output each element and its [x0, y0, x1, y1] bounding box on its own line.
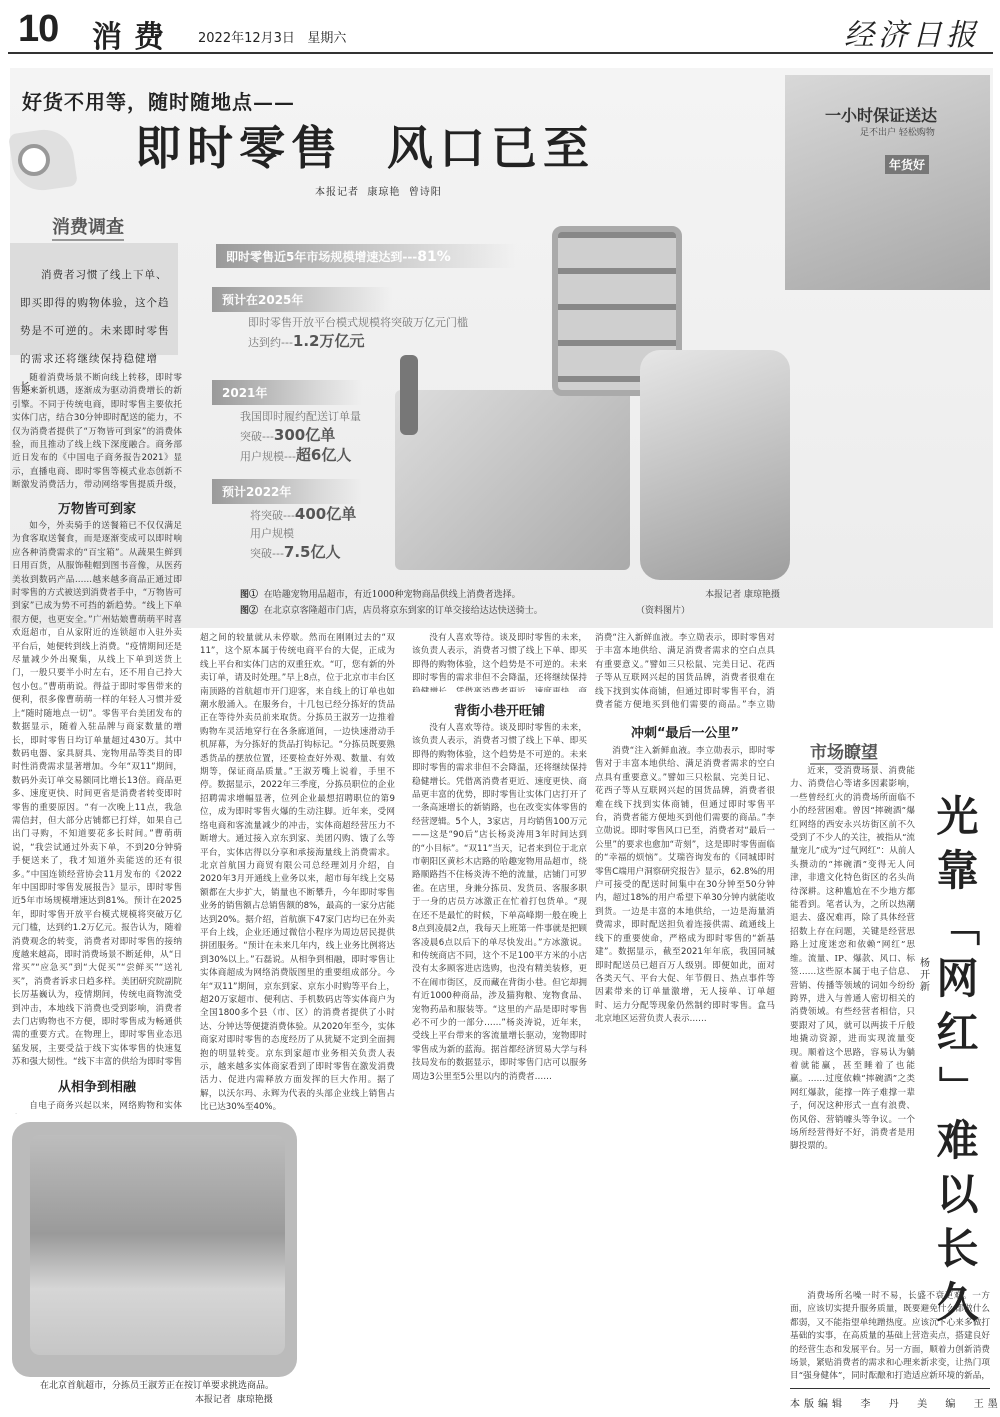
editors-credit: 本版编辑 李 丹 美 编 王墨晗 — [790, 1388, 990, 1410]
subhead-3: 背街小巷开旺铺 — [412, 700, 587, 719]
kicker: 好货不用等，随时随地点—— — [22, 86, 295, 115]
photo-2-credit: 本报记者 康琼艳摄 — [195, 1392, 273, 1405]
page-number: 10 — [18, 8, 58, 51]
laptop-illustration — [395, 390, 630, 570]
newspaper-logo: 经济日报 — [844, 10, 980, 54]
stat-2022-header: 预计2022年 — [212, 479, 362, 504]
byline: 本报记者 康琼艳 曾诗阳 — [315, 183, 442, 198]
article-col-4: 消费“注入新鲜血液。李立勋表示，即时零售对于丰富本地供给、满足消费者需求的空白点… — [595, 745, 775, 1410]
supermarket-photo — [30, 1135, 285, 1355]
article-col-4-intro: 消费“注入新鲜血液。李立勋表示，即时零售对于丰富本地供给、满足消费者需求的空白点… — [595, 632, 775, 712]
section-title: 消费 — [92, 12, 176, 56]
sidebar-body: 近来，受消费场景、消费能力、消费信心等诸多因素影响，一些曾经红火的消费场所面临不… — [790, 765, 915, 1285]
subhead-1: 万物皆可到家 — [12, 498, 182, 517]
subhead-4: 冲刺“最后一公里” — [595, 722, 775, 741]
caption-1: 图① 在哈趣宠物用品超市，有近1000种宠物商品供线上消费者选择。 本报记者 康… — [240, 587, 780, 600]
delivery-photo: 一小时保证送达 足不出户 轻松购物 年货好 — [785, 75, 990, 290]
sidebar-title: 光 靠 「 网 红 」 难 以 长 久 — [930, 790, 985, 1330]
subhead-2: 从相争到相融 — [12, 1076, 182, 1095]
article-col-1-tail: 自电子商务兴起以来，网络购物和实体商 — [12, 1100, 182, 1114]
article-intro: 随着消费场景不断向线上转移，即时零售迎来新机遇，逐渐成为驱动消费增长的新引擎。不… — [12, 372, 182, 492]
sidebar-tag: 市场瞭望 — [810, 738, 878, 765]
issue-date: 2022年12月3日 星期六 — [198, 27, 346, 46]
survey-summary: 消费者习惯了线上下单、即买即得的购物体验，这个趋势是不可逆的。未来即时零售的需求… — [10, 243, 178, 355]
stat-2021-body: 我国即时履约配送订单量 突破---300亿单 用户规模---超6亿人 — [240, 408, 361, 466]
article-col-1: 如今，外卖骑手的送餐箱已不仅仅满足为食客取送餐食，而是逐渐变成可以即时响应各种消… — [12, 520, 182, 1070]
person-illustration — [400, 355, 418, 435]
clock-icon — [18, 144, 50, 176]
stat-growth: 即时零售近5年市场规模增速达到---81% — [216, 244, 516, 268]
stat-2025-header: 预计在2025年 — [212, 287, 392, 312]
stat-2021-header: 2021年 — [212, 380, 362, 405]
stat-2022-body: 将突破---400亿单 用户规模 突破---7.5亿人 — [250, 505, 356, 563]
caption-2: 图② 在北京京客隆超市门店，店员将京东到家的订单交接给达达快送骑士。 （资料图片… — [240, 603, 690, 616]
headline: 即时零售 风口已至 — [135, 112, 595, 178]
article-col-3-intro: 没有人喜欢等待。谈及即时零售的未来，该负责人表示，消费者习惯了线上下单、即买即得… — [412, 632, 587, 692]
article-col-2: 超之间的较量就从未停歇。然而在刚刚过去的“双11”，这个原本属于传统电商平台的大… — [200, 632, 395, 1112]
stat-2025-body: 即时零售开放平台模式规模将突破万亿元门槛 达到约---1.2万亿元 — [248, 314, 468, 352]
shopper-illustration — [640, 350, 790, 580]
photo-2-caption: 在北京首航超市，分拣员王淑芳正在按订单要求挑选商品。 — [40, 1378, 274, 1391]
article-col-3: 没有人喜欢等待。谈及即时零售的未来，该负责人表示，消费者习惯了线上下单、即买即得… — [412, 722, 587, 1412]
survey-tag: 消费调查 — [52, 213, 124, 241]
